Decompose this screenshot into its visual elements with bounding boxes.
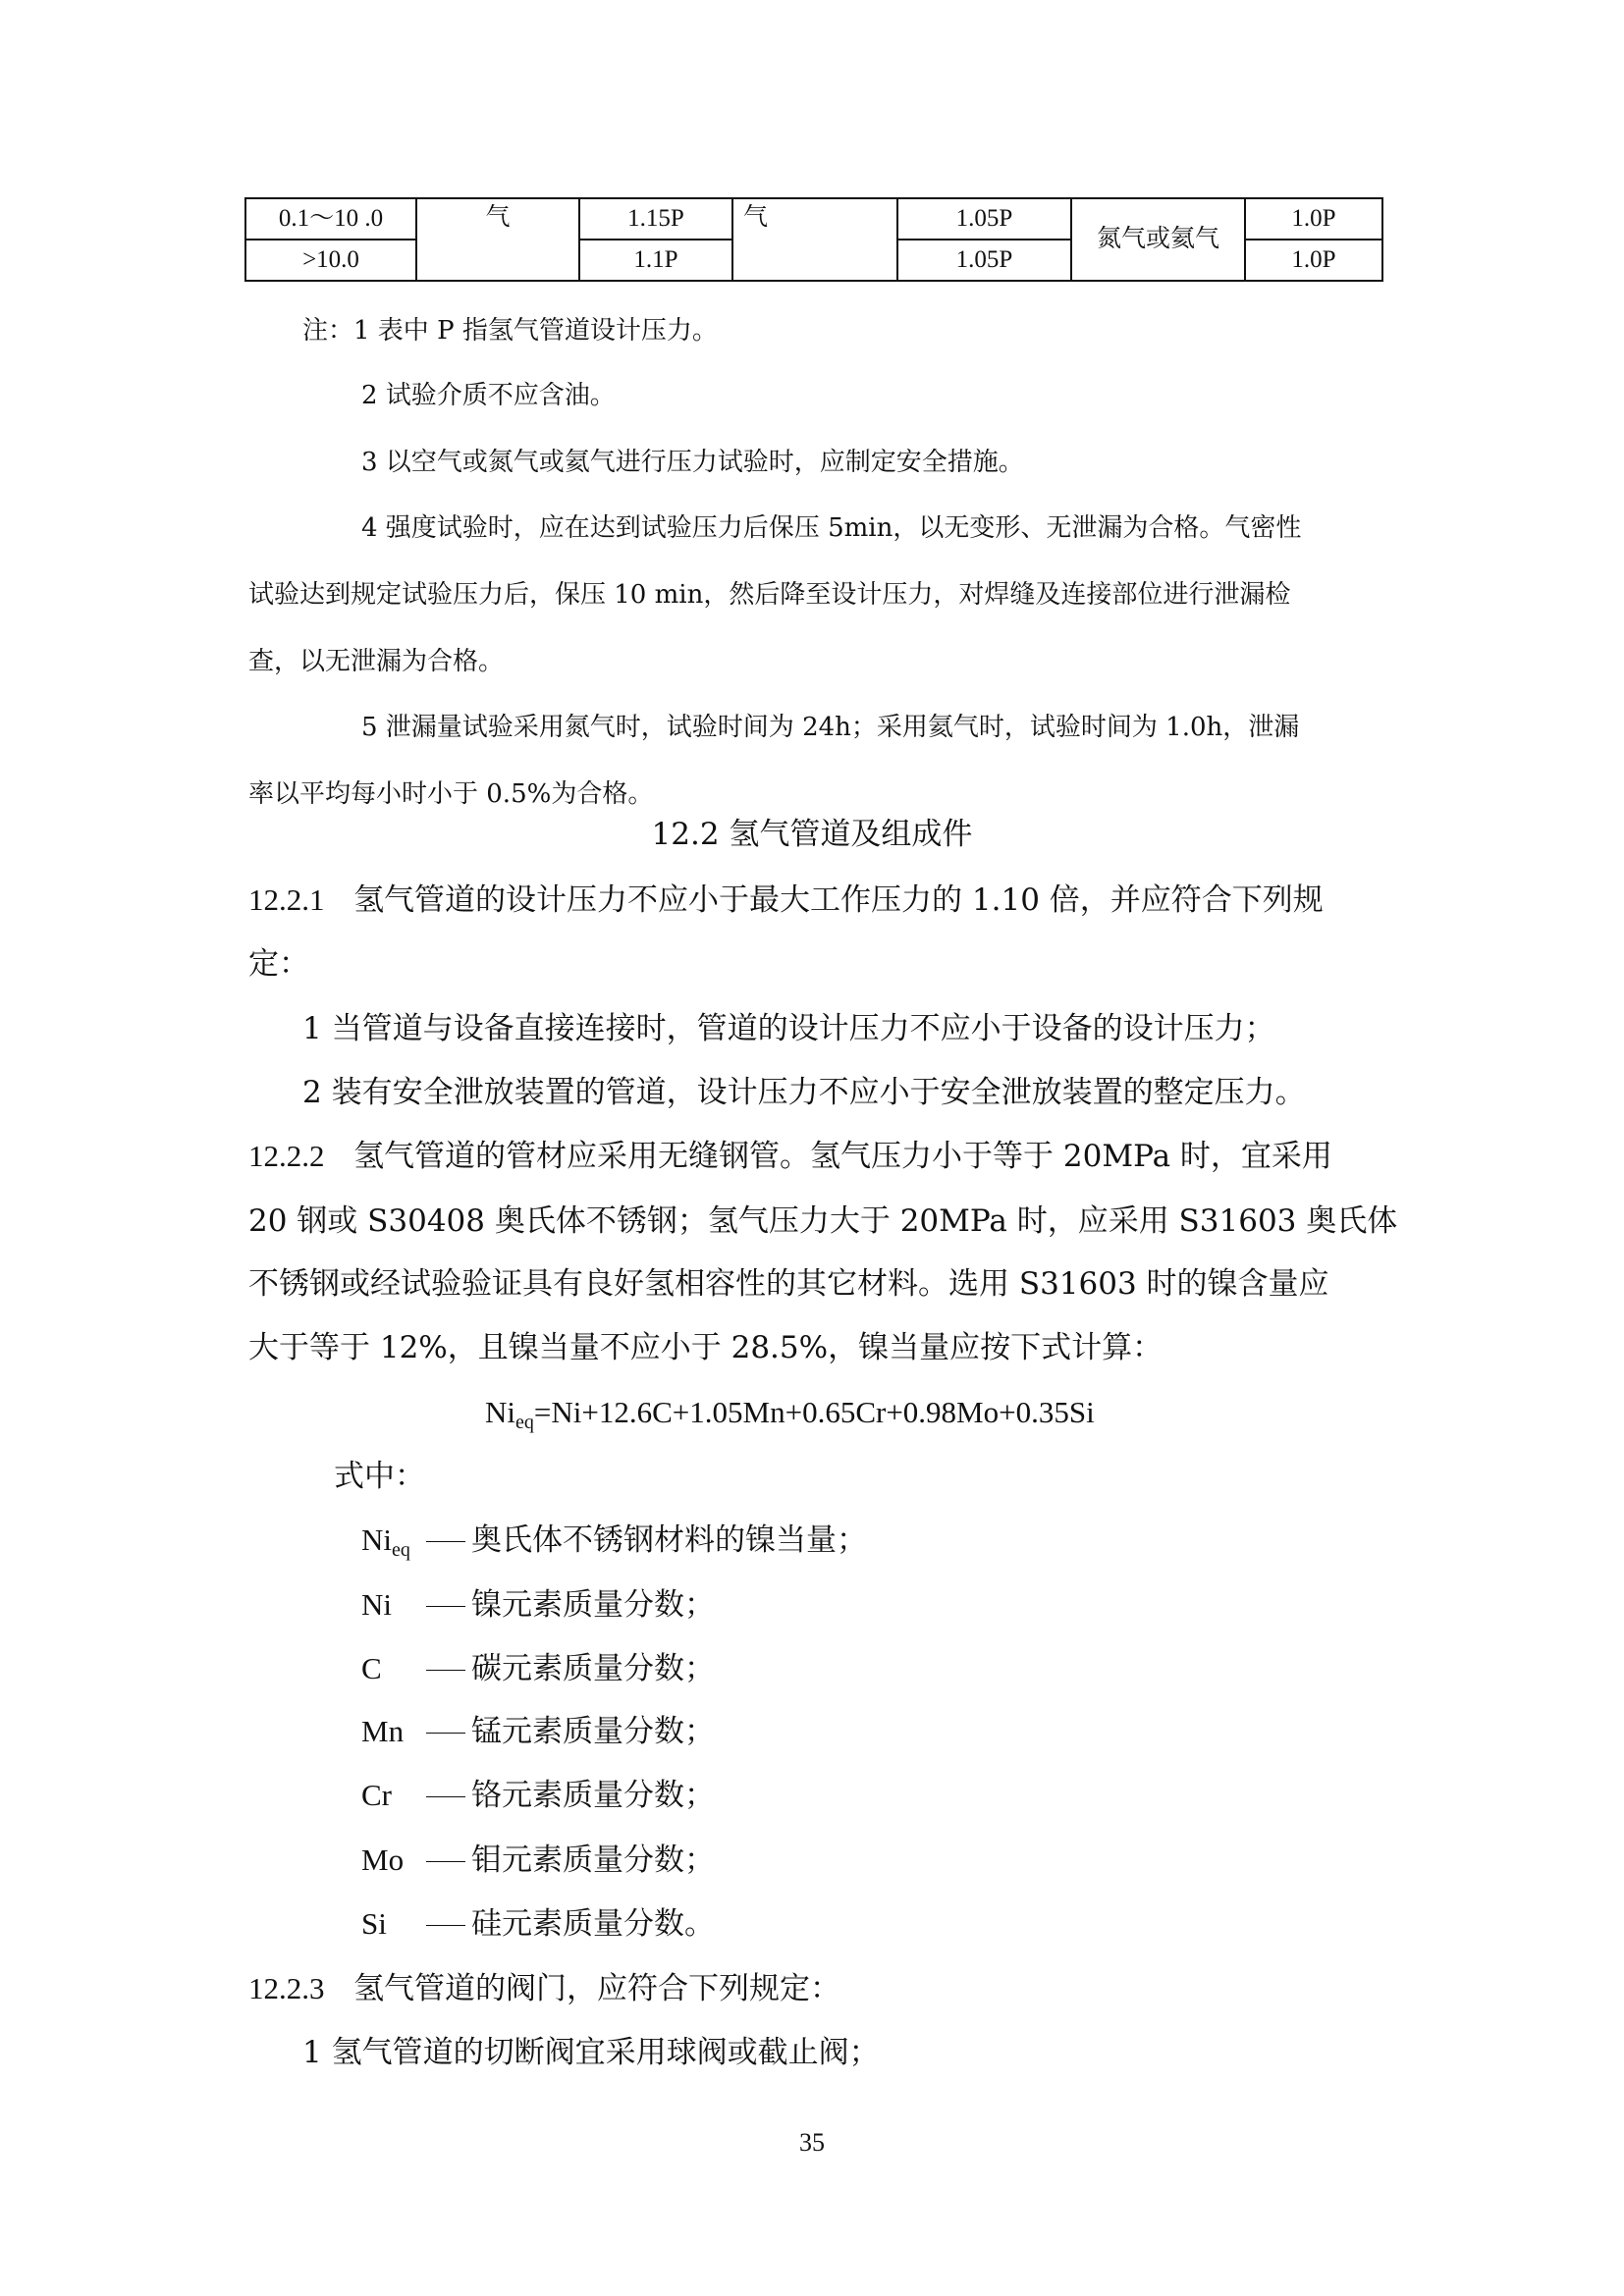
clause-12-2-2-line-4: 大于等于 12%，且镍当量不应小于 28.5%，镍当量应按下式计算： xyxy=(248,1328,1163,1367)
tightness-pressure-cell: 1.05P xyxy=(897,240,1071,281)
clause-number: 12.2.3 xyxy=(248,1971,325,2005)
where-label: 式中： xyxy=(334,1457,425,1496)
symbol-description: 镍元素质量分数； xyxy=(471,1587,715,1623)
symbol-description: 钼元素质量分数； xyxy=(471,1842,715,1878)
clause-12-2-2-line-2: 20 钢或 S30408 奥氏体不锈钢；氢气压力大于 20MPa 时，应采用 S… xyxy=(248,1201,1397,1241)
tightness-pressure-cell: 1.05P xyxy=(897,198,1071,240)
section-heading: 12.2 氢气管道及组成件 xyxy=(0,815,1624,854)
em-dash xyxy=(426,1541,465,1542)
symbol: Mo xyxy=(361,1841,420,1880)
pressure-range-cell: >10.0 xyxy=(245,240,416,281)
strength-pressure-cell: 1.15P xyxy=(579,198,732,240)
em-dash xyxy=(426,1861,465,1862)
symbol: C xyxy=(361,1649,420,1688)
formula-lhs: Ni xyxy=(485,1395,515,1429)
clause-12-2-2-line-1: 12.2.2 氢气管道的管材应采用无缝钢管。氢气压力小于等于 20MPa 时，宜… xyxy=(248,1137,1332,1176)
symbol: Mn xyxy=(361,1712,420,1751)
symbol-description: 碳元素质量分数； xyxy=(471,1651,715,1686)
em-dash xyxy=(426,1670,465,1671)
symbol-description: 硅元素质量分数。 xyxy=(471,1906,715,1942)
clause-12-2-1-item-1: 1 当管道与设备直接连接时，管道的设计压力不应小于设备的设计压力； xyxy=(302,1009,1275,1048)
strength-pressure-cell: 1.1P xyxy=(579,240,732,281)
symbol-definition: C碳元素质量分数； xyxy=(361,1649,715,1688)
symbol: Ni xyxy=(361,1522,392,1557)
symbol-definition: Si硅元素质量分数。 xyxy=(361,1904,715,1944)
clause-12-2-2-line-3: 不锈钢或经试验验证具有良好氢相容性的其它材料。选用 S31603 时的镍含量应 xyxy=(248,1264,1329,1304)
symbol-definition: Cr铬元素质量分数； xyxy=(361,1776,715,1815)
table-note-1: 注：1 表中 P 指氢气管道设计压力。 xyxy=(302,314,718,347)
page-number: 35 xyxy=(0,2128,1624,2158)
table-note-4-line-1: 4 强度试验时，应在达到试验压力后保压 5min，以无变形、无泄漏为合格。气密性 xyxy=(361,511,1301,545)
clause-12-2-3-item-1: 1 氢气管道的切断阀宜采用球阀或截止阀； xyxy=(302,2033,880,2072)
symbol-definition: Mo钼元素质量分数； xyxy=(361,1841,715,1880)
clause-12-2-3-line-1: 12.2.3 氢气管道的阀门，应符合下列规定： xyxy=(248,1969,840,2008)
symbol-subscript: eq xyxy=(392,1539,410,1561)
table-note-2: 2 试验介质不应含油。 xyxy=(361,379,616,412)
symbol-definition: Mn锰元素质量分数； xyxy=(361,1712,715,1751)
symbol: Ni xyxy=(361,1585,420,1625)
formula-rhs: =Ni+12.6C+1.05Mn+0.65Cr+0.98Mo+0.35Si xyxy=(534,1395,1095,1429)
clause-number: 12.2.1 xyxy=(248,882,325,917)
clause-12-2-1-line-2: 定： xyxy=(248,944,309,984)
symbol-description: 奥氏体不锈钢材料的镍当量； xyxy=(471,1522,867,1558)
leak-pressure-cell: 1.0P xyxy=(1245,198,1382,240)
em-dash xyxy=(426,1733,465,1734)
table-note-5-line-1: 5 泄漏量试验采用氮气时，试验时间为 24h；采用氦气时，试验时间为 1.0h，… xyxy=(361,711,1299,744)
em-dash xyxy=(426,1606,465,1607)
table-note-4-line-2: 试验达到规定试验压力后，保压 10 min，然后降至设计压力，对焊缝及连接部位进… xyxy=(248,578,1290,612)
tightness-medium-cell: 气 xyxy=(732,198,897,281)
table-note-3: 3 以空气或氮气或氦气进行压力试验时，应制定安全措施。 xyxy=(361,446,1024,479)
symbol-definition: Nieq奥氏体不锈钢材料的镍当量； xyxy=(361,1521,867,1570)
table-note-4-line-3: 查，以无泄漏为合格。 xyxy=(248,645,504,678)
clause-12-2-1-line-1: 12.2.1 氢气管道的设计压力不应小于最大工作压力的 1.10 倍，并应符合下… xyxy=(248,881,1324,920)
em-dash xyxy=(426,1925,465,1926)
clause-text: 氢气管道的管材应采用无缝钢管。氢气压力小于等于 20MPa 时，宜采用 xyxy=(353,1139,1332,1174)
table-row: 0.1～10 .0 气 1.15P 气 1.05P 氮气或氦气 1.0P xyxy=(245,198,1382,240)
clause-12-2-1-item-2: 2 装有安全泄放装置的管道，设计压力不应小于安全泄放装置的整定压力。 xyxy=(302,1073,1306,1112)
table-note-5-line-2: 率以平均每小时小于 0.5%为合格。 xyxy=(248,777,653,811)
strength-medium-cell: 气 xyxy=(416,198,579,281)
nickel-equivalent-formula: Nieq=Ni+12.6C+1.05Mn+0.65Cr+0.98Mo+0.35S… xyxy=(485,1393,1095,1442)
leak-medium-cell: 氮气或氦气 xyxy=(1071,198,1245,281)
clause-text: 氢气管道的设计压力不应小于最大工作压力的 1.10 倍，并应符合下列规 xyxy=(353,882,1324,918)
symbol-description: 锰元素质量分数； xyxy=(471,1714,715,1749)
symbol-definition: Ni镍元素质量分数； xyxy=(361,1585,715,1625)
leak-pressure-cell: 1.0P xyxy=(1245,240,1382,281)
pressure-test-table: 0.1～10 .0 气 1.15P 气 1.05P 氮气或氦气 1.0P >10… xyxy=(244,197,1383,282)
pressure-range-cell: 0.1～10 .0 xyxy=(245,198,416,240)
clause-number: 12.2.2 xyxy=(248,1139,325,1173)
symbol: Cr xyxy=(361,1776,420,1815)
symbol-description: 铬元素质量分数； xyxy=(471,1778,715,1813)
symbol: Si xyxy=(361,1904,420,1944)
formula-subscript: eq xyxy=(515,1412,534,1433)
clause-text: 氢气管道的阀门，应符合下列规定： xyxy=(353,1971,840,2006)
em-dash xyxy=(426,1796,465,1797)
